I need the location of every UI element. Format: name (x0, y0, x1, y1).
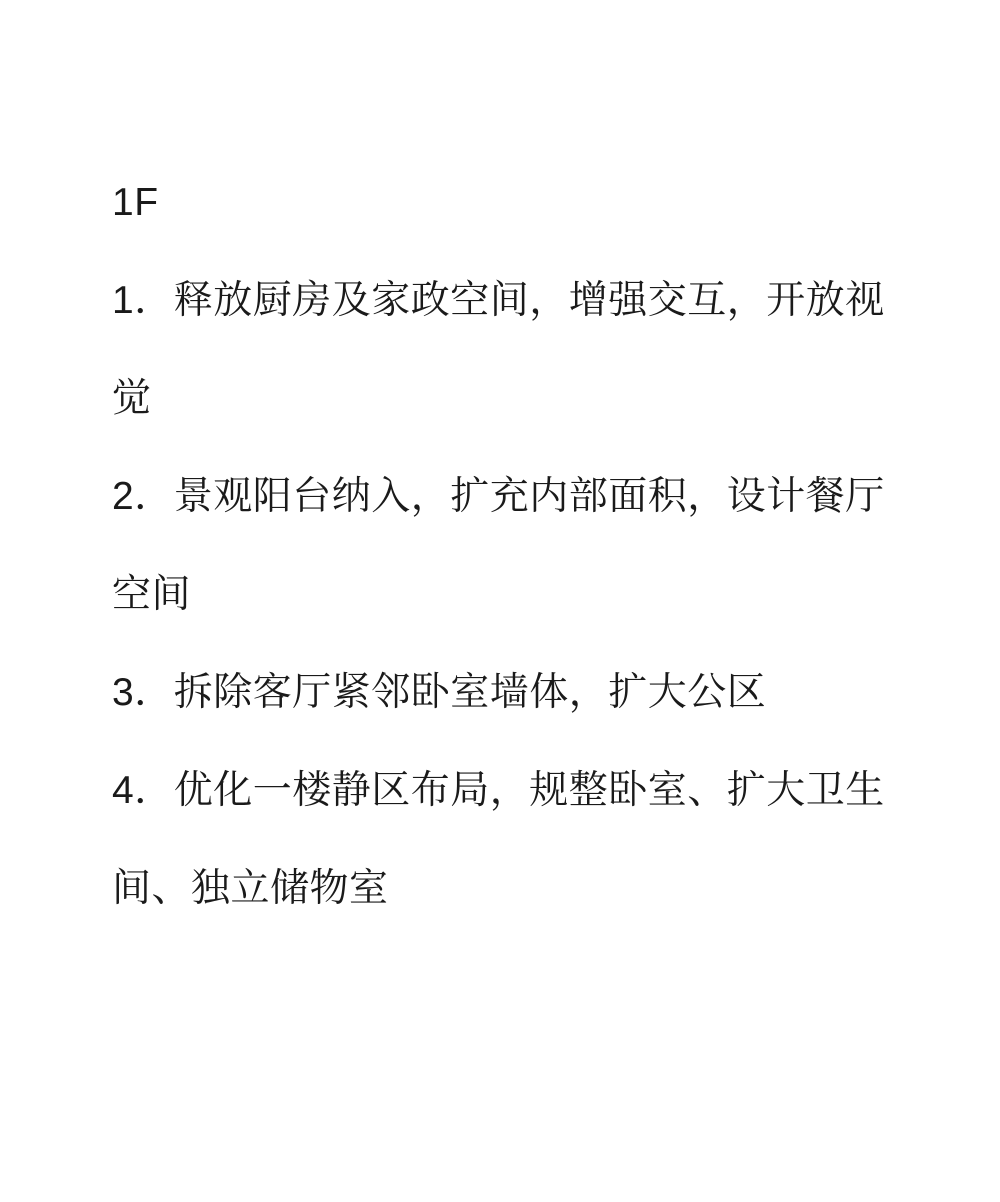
renovation-point-1-line-2: 觉 (112, 350, 922, 448)
renovation-point-4: 4．优化一楼静区布局，规整卧室、扩大卫生 间、独立储物室 (112, 742, 922, 938)
renovation-point-4-line-1: 4．优化一楼静区布局，规整卧室、扩大卫生 (112, 742, 922, 840)
renovation-point-2: 2．景观阳台纳入，扩充内部面积，设计餐厅 空间 (112, 448, 922, 644)
renovation-point-2-line-2: 空间 (112, 546, 922, 644)
renovation-point-1-line-1: 1．释放厨房及家政空间，增强交互，开放视 (112, 252, 922, 350)
renovation-point-1: 1．释放厨房及家政空间，增强交互，开放视 觉 (112, 252, 922, 448)
document-body: 1F 1．释放厨房及家政空间，增强交互，开放视 觉 2．景观阳台纳入，扩充内部面… (112, 154, 922, 938)
renovation-point-2-line-1: 2．景观阳台纳入，扩充内部面积，设计餐厅 (112, 448, 922, 546)
renovation-point-3-line-1: 3．拆除客厅紧邻卧室墙体，扩大公区 (112, 644, 922, 742)
renovation-point-3: 3．拆除客厅紧邻卧室墙体，扩大公区 (112, 644, 922, 742)
renovation-point-4-line-2: 间、独立储物室 (112, 840, 922, 938)
floor-heading: 1F (112, 154, 922, 252)
